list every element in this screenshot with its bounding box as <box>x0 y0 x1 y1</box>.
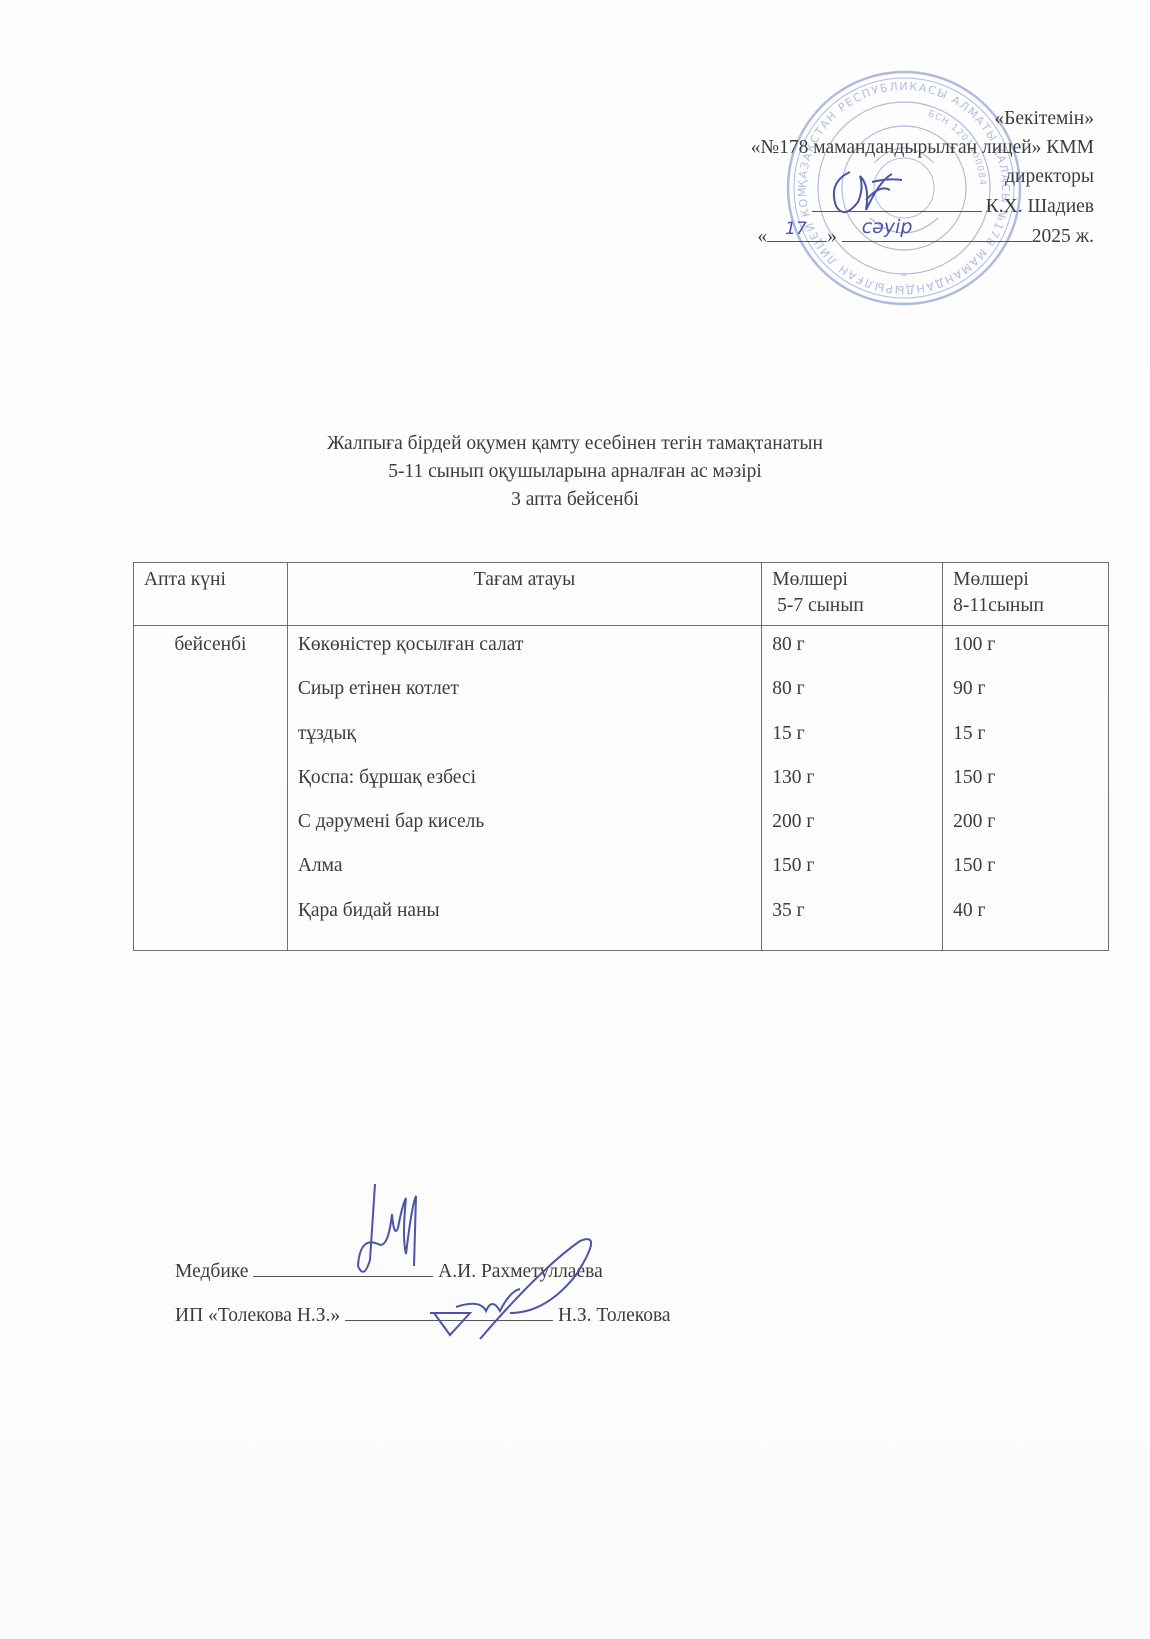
date-day: 17 <box>785 215 807 244</box>
portion-value: 40 г <box>953 900 1098 944</box>
portion-value: 200 г <box>772 811 932 855</box>
date-day-field: 17 <box>767 221 827 242</box>
header-day: Апта күні <box>134 563 288 626</box>
director-name: К.Х. Шадиев <box>986 196 1094 217</box>
menu-table: Апта күні Тағам атауы Мөлшері 5-7 сынып … <box>133 562 1109 951</box>
document-page: ҚАЗАҚСТАН РЕСПУБЛИКАСЫ АЛМАТЫ ҚАЛАСЫ №17… <box>0 0 1150 1639</box>
date-quote-open: « <box>757 226 767 247</box>
svg-text:*: * <box>901 269 907 283</box>
portion-value: 15 г <box>772 723 932 767</box>
portion-value: 200 г <box>953 811 1098 855</box>
portion-value: 150 г <box>772 855 932 899</box>
portion-value: 80 г <box>772 678 932 722</box>
date-year: 2025 ж. <box>1032 226 1094 247</box>
dish-name: С дәрумені бар кисель <box>298 811 751 855</box>
qty-8-11-column: 100 г90 г15 г150 г200 г150 г40 г <box>943 626 1109 951</box>
title-line-1: Жалпыға бірдей оқумен қамту есебінен тег… <box>0 430 1150 458</box>
dish-name: Сиыр етінен котлет <box>298 678 751 722</box>
portion-value: 80 г <box>772 634 932 678</box>
approval-block: «Бекітемін» «№178 мамандандырылған лицей… <box>751 104 1094 251</box>
dish-name: Қоспа: бұршақ езбесі <box>298 767 751 811</box>
portion-value: 35 г <box>772 900 932 944</box>
title-line-3: 3 апта бейсенбі <box>0 486 1150 514</box>
table-header-row: Апта күні Тағам атауы Мөлшері 5-7 сынып … <box>134 563 1109 626</box>
day-cell: бейсенбі <box>134 626 288 951</box>
approval-organization: «№178 мамандандырылған лицей» КММ <box>751 133 1094 162</box>
header-qty-5-7-grade: 5-7 сынып <box>772 593 932 619</box>
supplier-signature-icon <box>420 1235 610 1345</box>
approval-date: «17» сәуір2025 ж. <box>751 221 1094 251</box>
date-quote-close: » <box>827 226 837 247</box>
date-month-field: сәуір <box>842 221 1032 242</box>
header-qty-8-11: Мөлшері 8-11сынып <box>943 563 1109 626</box>
header-dish: Тағам атауы <box>287 563 761 626</box>
portion-value: 90 г <box>953 678 1098 722</box>
portion-value: 100 г <box>953 634 1098 678</box>
approval-position: директоры <box>751 162 1094 191</box>
nurse-name: А.И. Рахметуллаева <box>438 1261 603 1282</box>
supplier-signature-field <box>345 1302 553 1321</box>
qty-5-7-column: 80 г80 г15 г130 г200 г150 г35 г <box>762 626 943 951</box>
supplier-role: ИП «Толекова Н.З.» <box>175 1305 340 1326</box>
menu-title: Жалпыға бірдей оқумен қамту есебінен тег… <box>0 430 1150 514</box>
header-qty-5-7-label: Мөлшері <box>772 567 932 593</box>
portion-value: 130 г <box>772 767 932 811</box>
nurse-signature-line: Медбике А.И. Рахметуллаева <box>175 1258 603 1283</box>
header-qty-5-7: Мөлшері 5-7 сынып <box>762 563 943 626</box>
portion-value: 150 г <box>953 767 1098 811</box>
date-month: сәуір <box>862 213 913 242</box>
table-row: бейсенбі Көкөністер қосылған салатСиыр е… <box>134 626 1109 951</box>
nurse-signature-field <box>253 1258 433 1277</box>
portion-value: 15 г <box>953 723 1098 767</box>
approval-heading: «Бекітемін» <box>751 104 1094 133</box>
header-qty-8-11-label: Мөлшері <box>953 567 1098 593</box>
dish-name: Алма <box>298 855 751 899</box>
director-signature-line <box>812 191 982 212</box>
portion-value: 150 г <box>953 855 1098 899</box>
dish-column: Көкөністер қосылған салатСиыр етінен кот… <box>287 626 761 951</box>
dish-name: Қара бидай наны <box>298 900 751 944</box>
dish-name: тұздық <box>298 723 751 767</box>
dish-name: Көкөністер қосылған салат <box>298 634 751 678</box>
header-qty-8-11-grade: 8-11сынып <box>953 593 1098 619</box>
supplier-signature-line: ИП «Толекова Н.З.» Н.З. Толекова <box>175 1302 671 1327</box>
nurse-role: Медбике <box>175 1261 248 1282</box>
title-line-2: 5-11 сынып оқушыларына арналған ас мәзір… <box>0 458 1150 486</box>
supplier-name: Н.З. Толекова <box>558 1305 671 1326</box>
